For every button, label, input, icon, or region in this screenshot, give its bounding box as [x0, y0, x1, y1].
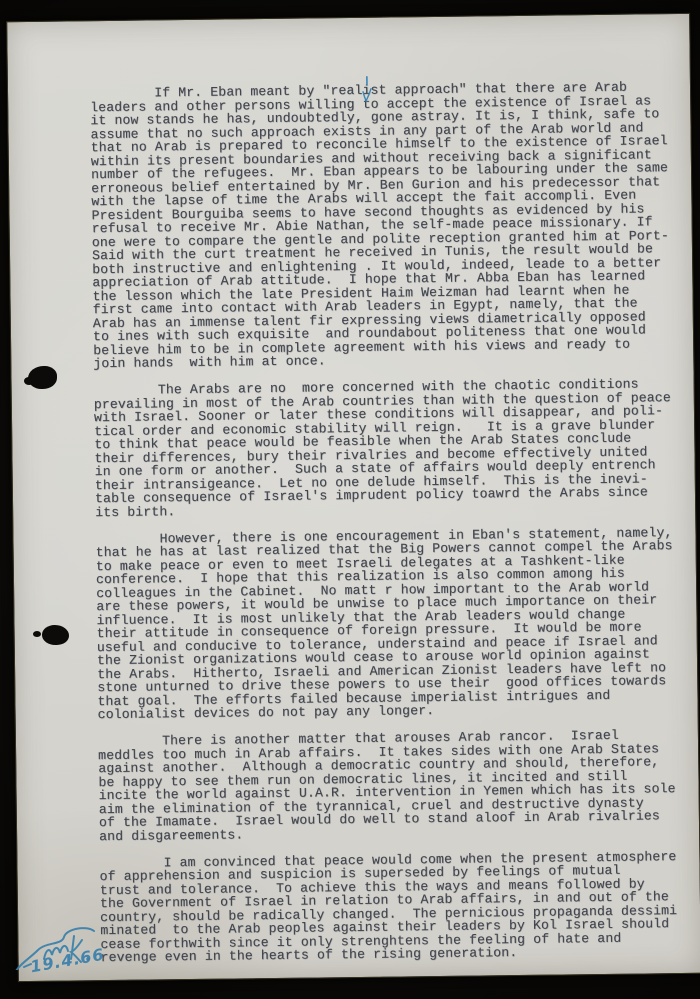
paragraph-5: I am convinced that peace would come whe…: [99, 849, 692, 964]
paragraph-2: The Arabs are no more concerned with the…: [94, 377, 688, 519]
paragraph-4: There is another matter that arouses Ara…: [98, 728, 691, 843]
ink-blot-top: [28, 366, 57, 389]
paper-sheet: If Mr. Eban meant by "realist approach" …: [6, 13, 700, 982]
ink-blot-bottom: [42, 625, 69, 645]
paragraph-3: However, there is one encouragement in E…: [95, 525, 689, 721]
handwritten-insertion-caret-mark: [360, 76, 374, 106]
paragraph-1: If Mr. Eban meant by "realist approach" …: [90, 80, 685, 371]
typed-letter-text: If Mr. Eban meant by "realist approach" …: [90, 80, 693, 978]
